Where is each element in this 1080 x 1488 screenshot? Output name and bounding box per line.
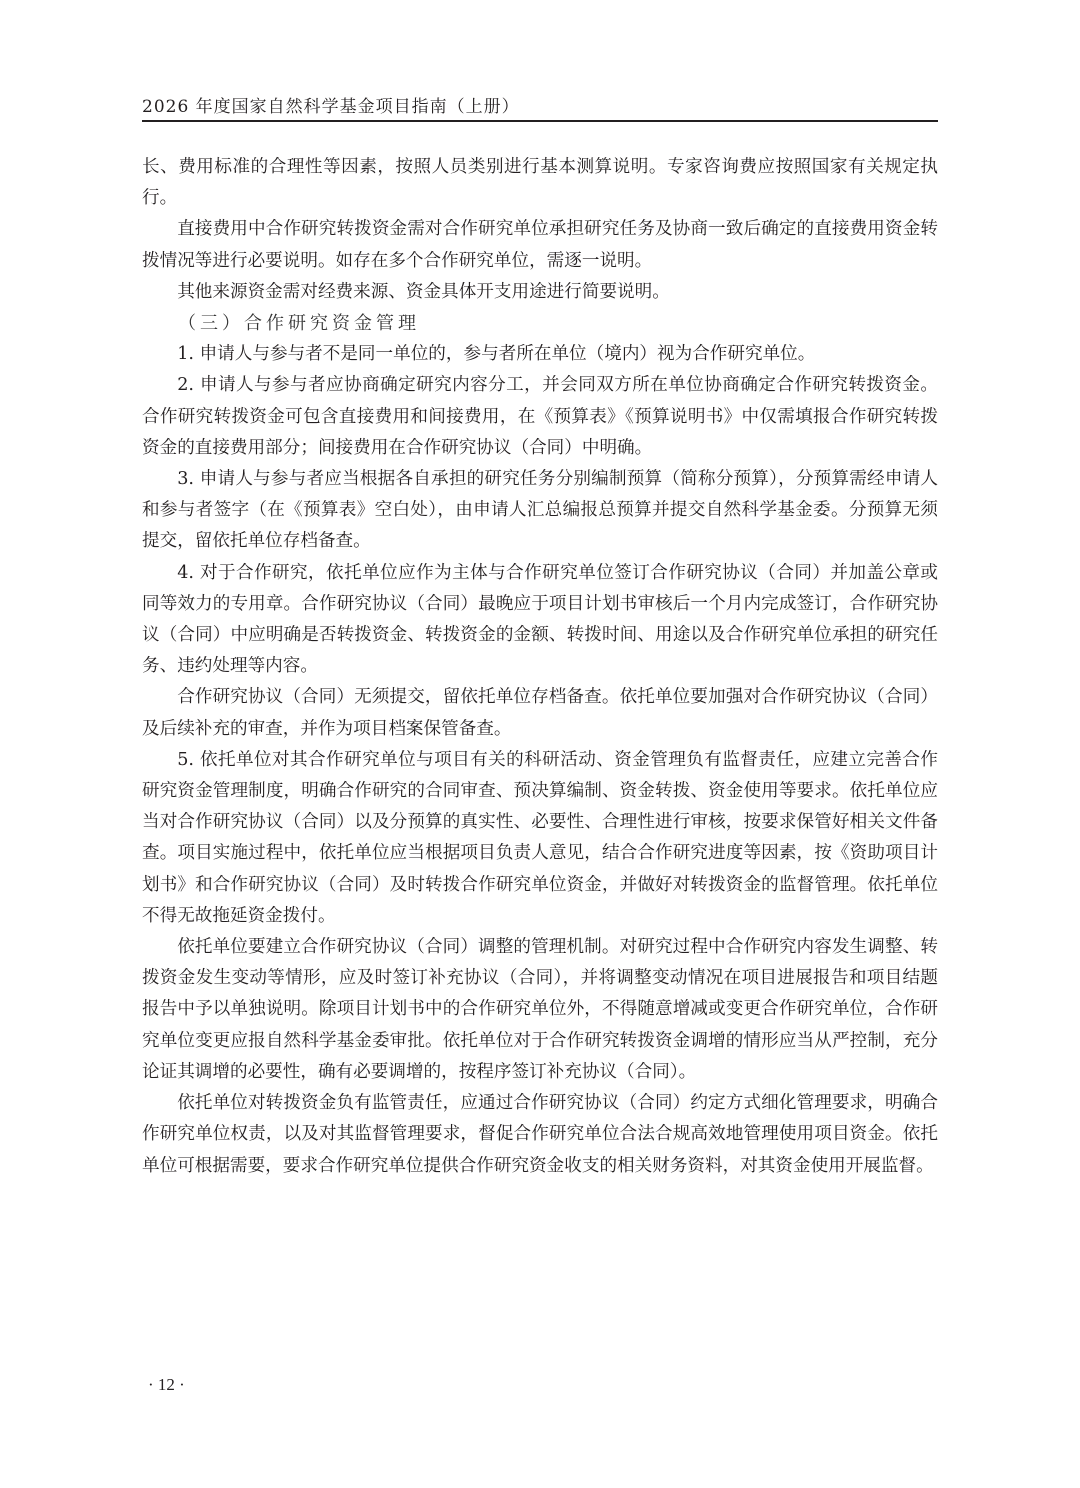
paragraph: 长、费用标准的合理性等因素，按照人员类别进行基本测算说明。专家咨询费应按照国家有… — [142, 152, 938, 214]
section-heading: （三）合作研究资金管理 — [142, 308, 938, 339]
paragraph: 2. 申请人与参与者应协商确定研究内容分工，并会同双方所在单位协商确定合作研究转… — [142, 370, 938, 464]
paragraph: 合作研究协议（合同）无须提交，留依托单位存档备查。依托单位要加强对合作研究协议（… — [142, 682, 938, 744]
header-rule — [142, 120, 938, 122]
paragraph: 3. 申请人与参与者应当根据各自承担的研究任务分别编制预算（简称分预算），分预算… — [142, 464, 938, 558]
paragraph: 4. 对于合作研究，依托单位应作为主体与合作研究单位签订合作研究协议（合同）并加… — [142, 558, 938, 683]
paragraph: 直接费用中合作研究转拨资金需对合作研究单位承担研究任务及协商一致后确定的直接费用… — [142, 214, 938, 276]
paragraph: 依托单位要建立合作研究协议（合同）调整的管理机制。对研究过程中合作研究内容发生调… — [142, 932, 938, 1088]
paragraph: 依托单位对转拨资金负有监管责任，应通过合作研究协议（合同）约定方式细化管理要求，… — [142, 1088, 938, 1182]
body-text: 长、费用标准的合理性等因素，按照人员类别进行基本测算说明。专家咨询费应按照国家有… — [142, 152, 938, 1182]
page-number: · 12 · — [148, 1375, 185, 1395]
running-head: 2026 年度国家自然科学基金项目指南（上册） — [142, 92, 520, 117]
paragraph: 其他来源资金需对经费来源、资金具体开支用途进行简要说明。 — [142, 277, 938, 308]
paragraph: 5. 依托单位对其合作研究单位与项目有关的科研活动、资金管理负有监督责任，应建立… — [142, 745, 938, 932]
paragraph: 1. 申请人与参与者不是同一单位的，参与者所在单位（境内）视为合作研究单位。 — [142, 339, 938, 370]
